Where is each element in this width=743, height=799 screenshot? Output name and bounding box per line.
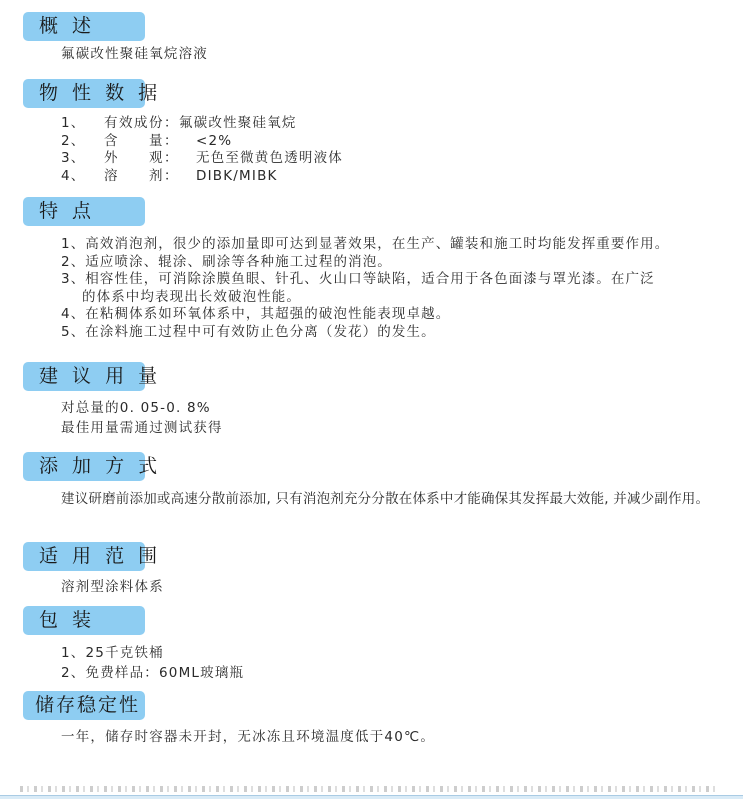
clipped-text-line: [20, 786, 720, 792]
packaging-list: 1、25千克铁桶 2、免费样品：60ML玻璃瓶: [61, 643, 244, 683]
property-value: 氟碳改性聚硅氧烷: [179, 115, 297, 133]
dosage-line: 最佳用量需通过测试获得: [61, 418, 223, 438]
footer-band: [0, 795, 743, 799]
property-number: 1、: [61, 115, 104, 133]
features-list: 1、高效消泡剂，很少的添加量即可达到显著效果，在生产、罐装和施工时均能发挥重要作…: [61, 236, 669, 341]
section-header-addition-method: 添 加 方 式: [23, 452, 145, 481]
property-number: 2、: [61, 133, 104, 151]
feature-item: 4、在粘稠体系如环氧体系中，其超强的破泡性能表现卓越。: [61, 306, 669, 324]
property-key: 含 量：: [104, 133, 196, 151]
feature-item: 1、高效消泡剂，很少的添加量即可达到显著效果，在生产、罐装和施工时均能发挥重要作…: [61, 236, 669, 254]
property-key: 溶 剂：: [104, 168, 196, 186]
property-key: 外 观：: [104, 150, 196, 168]
packaging-item: 1、25千克铁桶: [61, 643, 244, 663]
dosage-text: 对总量的0. 05-0. 8% 最佳用量需通过测试获得: [61, 398, 223, 438]
feature-item: 3、相容性佳，可消除涂膜鱼眼、针孔、火山口等缺陷，适合用于各色面漆与罩光漆。在广…: [61, 271, 669, 289]
property-row: 2、含 量：<2%: [61, 133, 343, 151]
section-header-storage: 储存稳定性: [23, 691, 145, 720]
addition-method-text: 建议研磨前添加或高速分散前添加, 只有消泡剂充分分散在体系中才能确保其发挥最大效…: [61, 488, 731, 510]
property-row: 1、有效成份：氟碳改性聚硅氧烷: [61, 115, 343, 133]
properties-list: 1、有效成份：氟碳改性聚硅氧烷 2、含 量：<2% 3、外 观：无色至微黄色透明…: [61, 115, 343, 185]
property-value: <2%: [196, 133, 232, 151]
property-number: 4、: [61, 168, 104, 186]
property-row: 3、外 观：无色至微黄色透明液体: [61, 150, 343, 168]
section-header-packaging: 包 装: [23, 606, 145, 635]
packaging-item: 2、免费样品：60ML玻璃瓶: [61, 663, 244, 683]
property-value: DIBK/MIBK: [196, 168, 278, 186]
section-header-dosage: 建 议 用 量: [23, 362, 145, 391]
section-header-features: 特 点: [23, 197, 145, 226]
property-key: 有效成份：: [104, 115, 179, 133]
feature-item: 5、在涂料施工过程中可有效防止色分离（发花）的发生。: [61, 324, 669, 342]
feature-item-continuation: 的体系中均表现出长效破泡性能。: [61, 289, 669, 307]
storage-text: 一年，储存时容器未开封，无冰冻且环境温度低于40℃。: [61, 729, 435, 747]
feature-item: 2、适应喷涂、辊涂、刷涂等各种施工过程的消泡。: [61, 254, 669, 272]
property-number: 3、: [61, 150, 104, 168]
overview-text: 氟碳改性聚硅氧烷溶液: [61, 46, 208, 64]
property-value: 无色至微黄色透明液体: [196, 150, 343, 168]
section-header-overview: 概 述: [23, 12, 145, 41]
property-row: 4、溶 剂：DIBK/MIBK: [61, 168, 343, 186]
section-header-properties: 物 性 数 据: [23, 79, 145, 108]
application-text: 溶剂型涂料体系: [61, 579, 164, 597]
dosage-line: 对总量的0. 05-0. 8%: [61, 398, 223, 418]
section-header-application: 适 用 范 围: [23, 542, 145, 571]
